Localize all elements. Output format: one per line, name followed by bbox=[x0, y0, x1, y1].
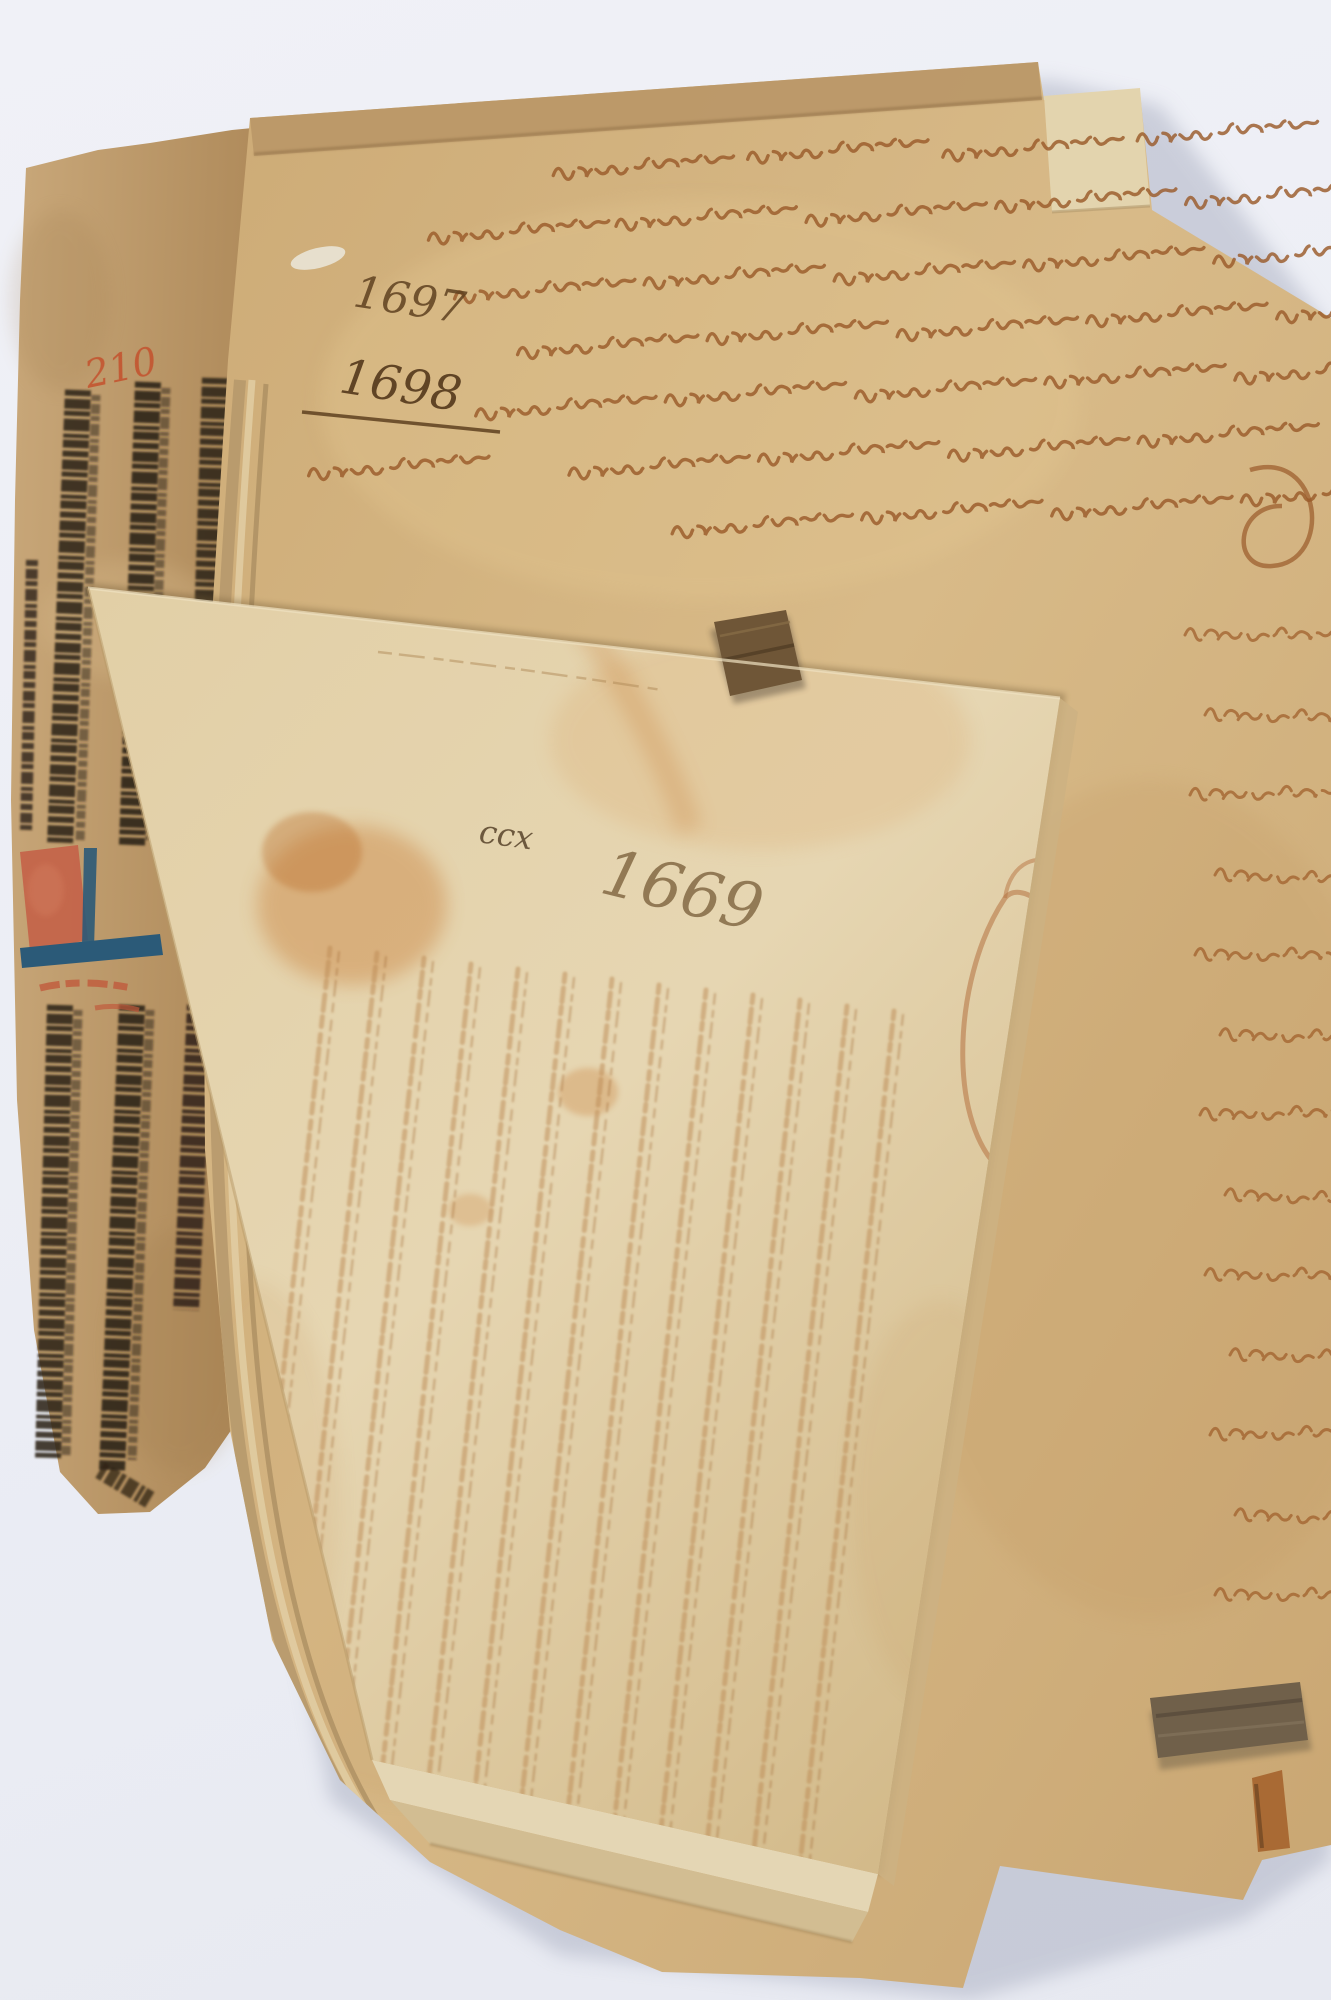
manuscript-photo: 210 bbox=[0, 0, 1331, 2000]
booklet-mark-text: ccx bbox=[477, 812, 536, 857]
booklet-mark: ccx bbox=[477, 812, 536, 857]
photo-scene: 210 bbox=[0, 0, 1331, 2000]
